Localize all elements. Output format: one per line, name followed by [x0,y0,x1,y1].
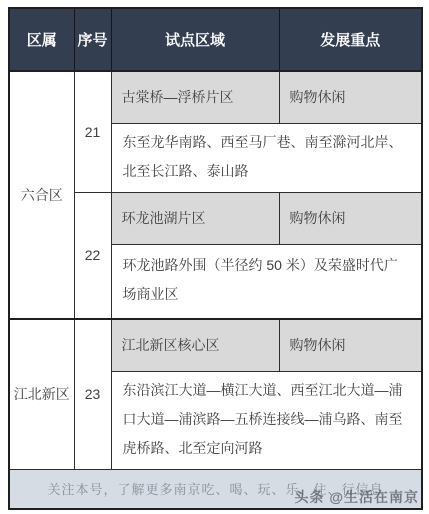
header-pilot-area: 试点区域 [111,8,279,71]
table-header-row: 区属 序号 试点区域 发展重点 [9,8,422,71]
scope-cell-22: 环龙池路外围（半径约 50 米）及荣盛时代广场商业区 [111,244,422,319]
number-cell-23: 23 [74,319,111,469]
scope-cell-21: 东至龙华南路、西至马厂巷、南至滁河北岸、北至长江路、泰山路 [111,123,422,192]
number-cell-21: 21 [74,71,111,192]
header-district: 区属 [9,8,74,71]
area-cell-21: 古棠桥—浮桥片区 [111,71,279,123]
number-cell-22: 22 [74,192,111,319]
area-cell-23: 江北新区核心区 [111,319,279,371]
table-row: 六合区 21 古棠桥—浮桥片区 购物休闲 [9,71,422,123]
focus-cell-21: 购物休闲 [279,71,422,123]
footer-row: 关注本号，了解更多南京吃、喝、玩、乐、住、行信息 [9,469,422,509]
page: 区属 序号 试点区域 发展重点 六合区 21 古棠桥—浮桥片区 购物休闲 东至龙… [0,0,429,510]
district-cell-jiangbei: 江北新区 [9,319,74,469]
header-development-focus: 发展重点 [279,8,422,71]
focus-cell-23: 购物休闲 [279,319,422,371]
focus-cell-22: 购物休闲 [279,192,422,244]
pilot-areas-table: 区属 序号 试点区域 发展重点 六合区 21 古棠桥—浮桥片区 购物休闲 东至龙… [8,7,423,510]
footer-note: 关注本号，了解更多南京吃、喝、玩、乐、住、行信息 [9,469,422,509]
table-row: 江北新区 23 江北新区核心区 购物休闲 [9,319,422,371]
area-cell-22: 环龙池湖片区 [111,192,279,244]
header-number: 序号 [74,8,111,71]
scope-cell-23: 东沿滨江大道—横江大道、西至江北大道—浦口大道—浦滨路—五桥连接线—浦乌路、南至… [111,371,422,469]
district-cell-luhe: 六合区 [9,71,74,319]
